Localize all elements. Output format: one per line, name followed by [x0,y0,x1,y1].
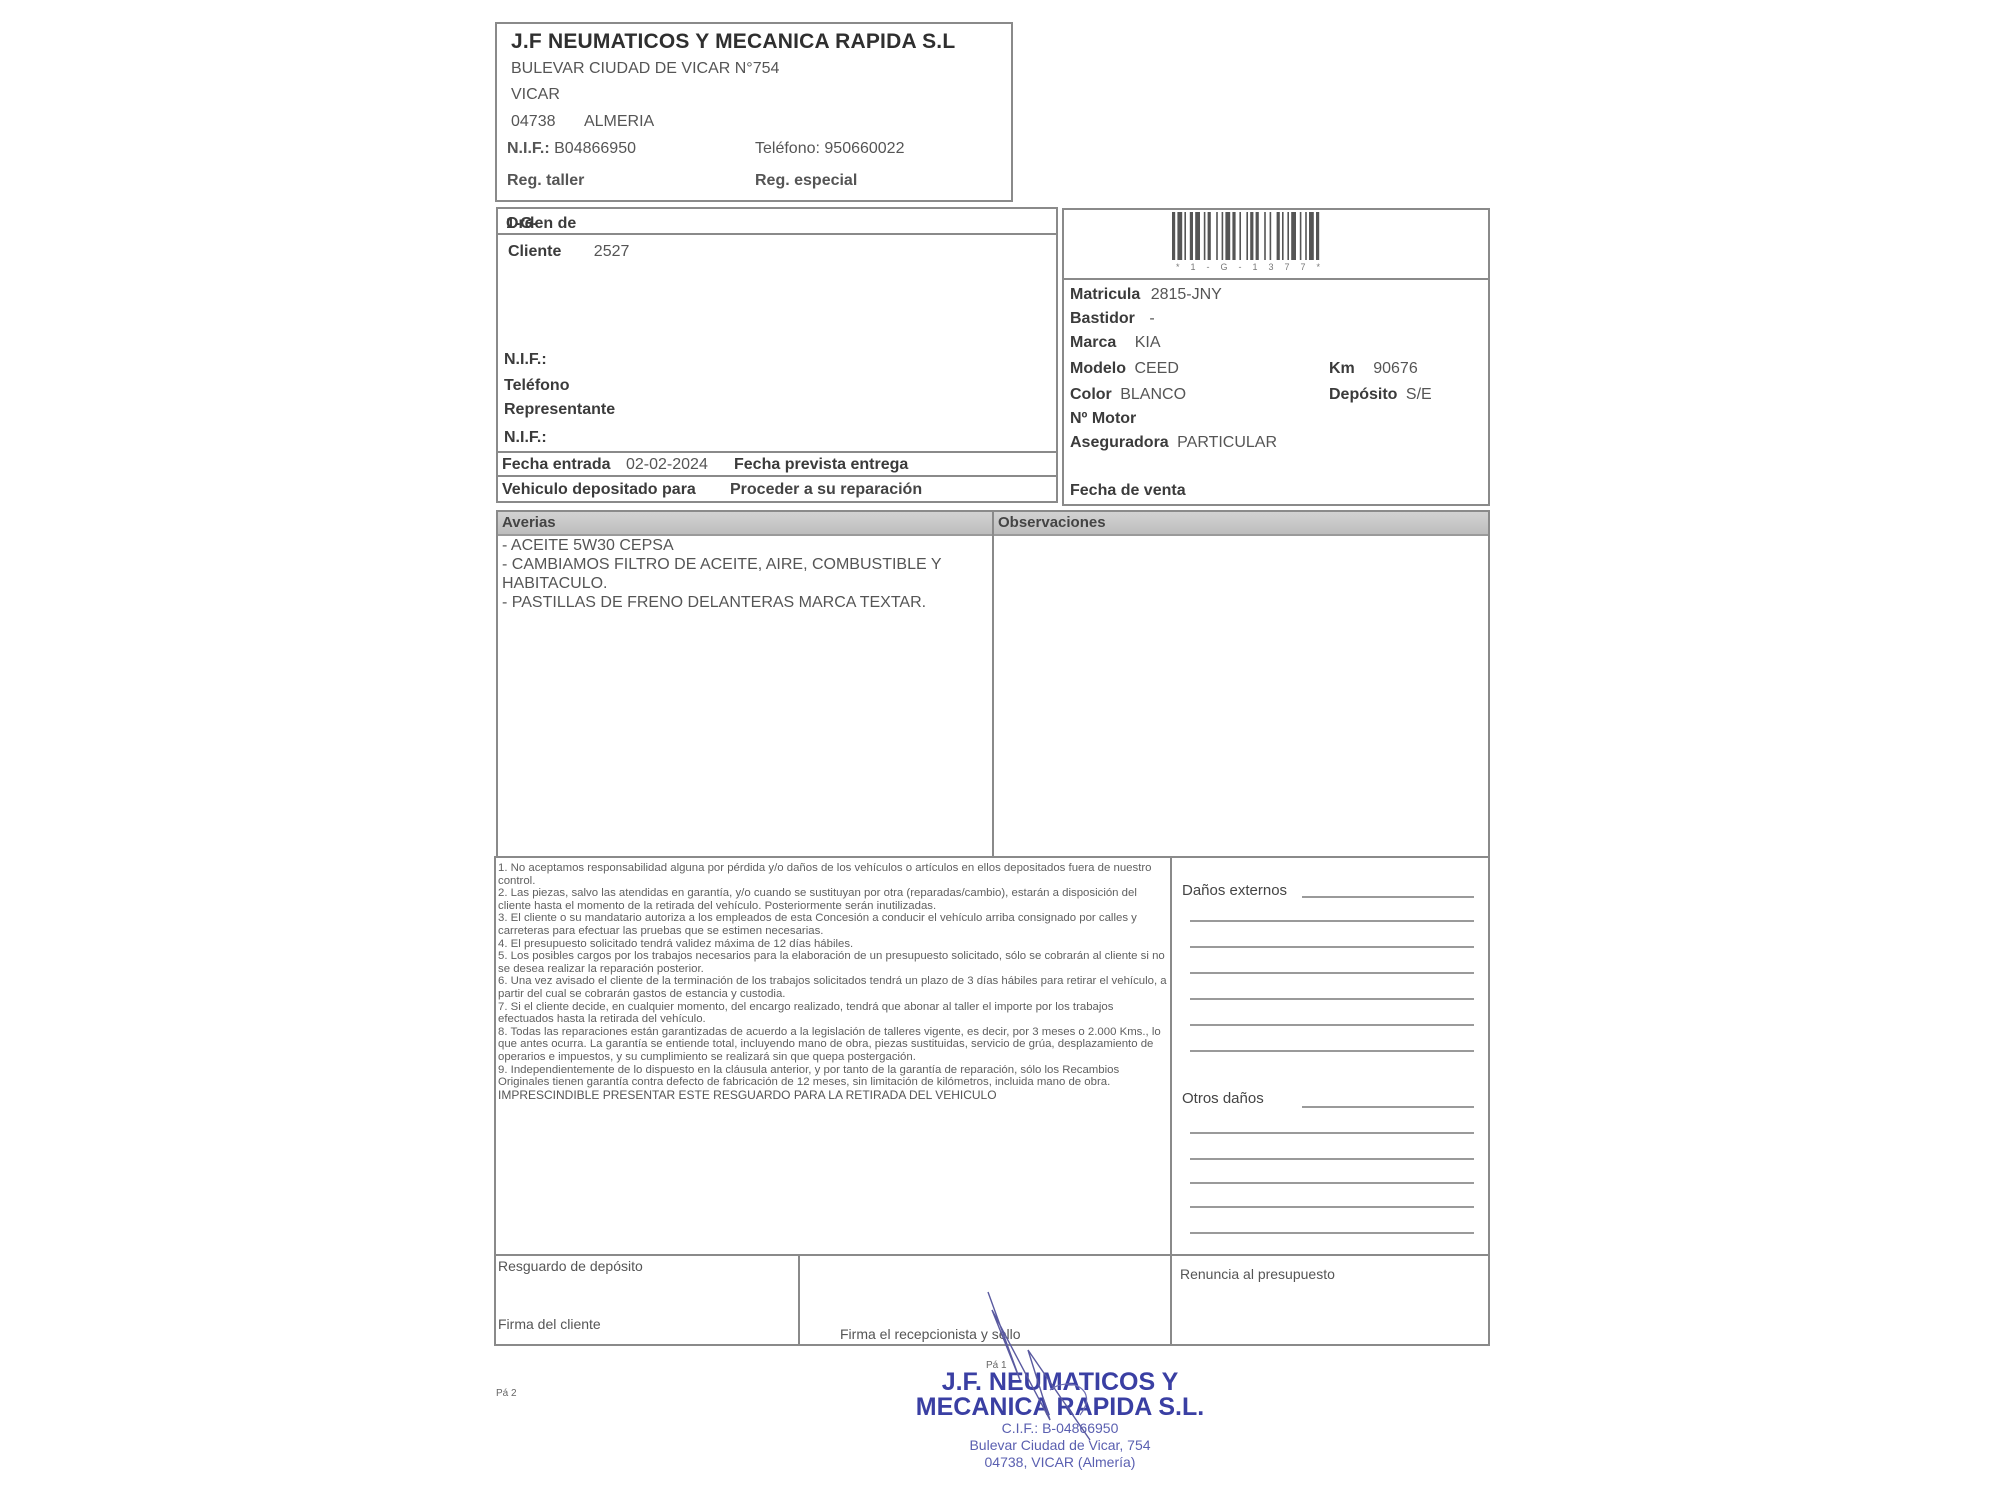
averia-item: - PASTILLAS DE FRENO DELANTERAS MARCA TE… [502,593,990,612]
important-notice: IMPRESCINDIBLE PRESENTAR ESTE RESGUARDO … [498,1089,1168,1102]
representante-nif-label: N.I.F.: [504,429,547,447]
company-postal-code: 04738 [511,113,556,130]
company-phone: 950660022 [824,140,904,157]
condition-item: 8. Todas las reparaciones están garantiz… [498,1026,1168,1064]
modelo-label: Modelo [1070,360,1126,377]
aseguradora-value: PARTICULAR [1177,434,1277,451]
deposito-row: Vehiculo depositado para Proceder a su r… [496,475,1058,503]
barcode-digits: *1-G-1377* [1176,262,1386,272]
condition-item: 7. Si el cliente decide, en cualquier mo… [498,1001,1168,1026]
client-nif-label: N.I.F.: [504,351,547,369]
observaciones-header: Observaciones [994,512,1488,536]
barcode-box: *1-G-1377* [1062,208,1490,280]
renuncia-label: Renuncia al presupuesto [1180,1266,1335,1282]
company-nif-label: N.I.F.: [507,140,550,157]
matricula-value: 2815-JNY [1151,286,1222,303]
vehicle-block: Matricula 2815-JNY Bastidor - Marca KIA … [1062,278,1490,506]
bastidor-label: Bastidor [1070,310,1135,327]
danos-line [1190,998,1474,1000]
resguardo-label: Resguardo de depósito [498,1258,643,1274]
danos-line [1190,1050,1474,1052]
reg-taller-label: Reg. taller [507,172,584,190]
condition-item: 4. El presupuesto solicitado tendrá vali… [498,938,1168,951]
danos-line [1190,1024,1474,1026]
client-phone-label: Teléfono [504,377,569,395]
condition-item: 5. Los posibles cargos por los trabajos … [498,950,1168,975]
marca-label: Marca [1070,334,1116,351]
modelo-row: Modelo CEED [1070,360,1179,378]
otros-line [1190,1182,1474,1184]
condition-item: 1. No aceptamos responsabilidad alguna p… [498,862,1168,887]
condition-item: 2. Las piezas, salvo las atendidas en ga… [498,887,1168,912]
company-address: BULEVAR CIUDAD DE VICAR N°754 [511,60,779,78]
observaciones-section: Observaciones [992,510,1490,858]
bastidor-value: - [1149,310,1154,327]
deposito-vehicle-row: Depósito S/E [1329,386,1432,404]
firma-cliente-label: Firma del cliente [498,1316,601,1332]
conditions-section: 1. No aceptamos responsabilidad alguna p… [494,856,1174,1256]
otros-line [1190,1206,1474,1208]
signature-icon [980,1290,1100,1450]
motor-label: Nº Motor [1070,410,1136,428]
resguardo-box: Resguardo de depósito Firma del cliente [494,1254,800,1346]
fecha-entrada-value: 02-02-2024 [626,456,708,474]
aseguradora-label: Aseguradora [1070,434,1169,451]
modelo-value: CEED [1134,360,1178,377]
color-row: Color BLANCO [1070,386,1186,404]
fecha-row: Fecha entrada 02-02-2024 Fecha prevista … [496,451,1058,477]
color-label: Color [1070,386,1112,403]
representante-label: Representante [504,401,615,419]
matricula-row: Matricula 2815-JNY [1070,286,1222,304]
cliente-value: 2527 [594,243,630,260]
company-header: J.F NEUMATICOS Y MECANICA RAPIDA S.L BUL… [495,22,1013,202]
averia-item: - CAMBIAMOS FILTRO DE ACEITE, AIRE, COMB… [502,555,990,593]
km-value: 90676 [1373,360,1418,377]
averias-title: Averias [502,514,556,531]
marca-value: KIA [1135,334,1161,351]
danos-line [1190,946,1474,948]
otros-line [1302,1106,1474,1108]
client-block: Cliente 2527 N.I.F.: Teléfono Representa… [496,233,1058,453]
condition-item: 9. Independientemente de lo dispuesto en… [498,1064,1168,1089]
condition-item: 6. Una vez avisado el cliente de la term… [498,975,1168,1000]
otros-line [1190,1158,1474,1160]
stamp-city: 04738, VICAR (Almería) [880,1454,1240,1471]
fecha-entrada-label: Fecha entrada [502,456,610,474]
company-phone-line: Teléfono: 950660022 [755,140,904,158]
marca-row: Marca KIA [1070,334,1161,352]
condition-item: 3. El cliente o su mandatario autoriza a… [498,912,1168,937]
fecha-venta-label: Fecha de venta [1070,482,1186,500]
depositado-label: Vehiculo depositado para [502,481,696,499]
fecha-prevista-label: Fecha prevista entrega [734,456,908,474]
company-name: J.F NEUMATICOS Y MECANICA RAPIDA S.L [511,30,955,54]
aseguradora-row: Aseguradora PARTICULAR [1070,434,1277,452]
client-row: Cliente 2527 [508,243,629,261]
observaciones-title: Observaciones [998,514,1106,531]
matricula-label: Matricula [1070,286,1140,303]
averias-list: - ACEITE 5W30 CEPSA - CAMBIAMOS FILTRO D… [502,536,990,612]
renuncia-box: Renuncia al presupuesto [1170,1254,1490,1346]
danos-section: Daños externos Otros daños [1170,856,1490,1256]
color-value: BLANCO [1120,386,1186,403]
page-mark-2: Pá 2 [496,1388,517,1399]
company-city: VICAR [511,86,560,104]
danos-externos-label: Daños externos [1182,882,1287,899]
deposito-value: S/E [1406,386,1432,403]
danos-line [1190,972,1474,974]
company-postal-line: 04738 ALMERIA [511,113,654,131]
bastidor-row: Bastidor - [1070,310,1155,328]
order-title-row: Orden de reparación y resguardo de depós… [496,207,1058,235]
otros-line [1190,1232,1474,1234]
company-nif: B04866950 [554,140,636,157]
km-label: Km [1329,360,1355,377]
otros-line [1190,1132,1474,1134]
averia-item: - ACEITE 5W30 CEPSA [502,536,990,555]
km-row: Km 90676 [1329,360,1418,378]
averias-section: Averias - ACEITE 5W30 CEPSA - CAMBIAMOS … [496,510,996,858]
cliente-label: Cliente [508,243,561,260]
averias-header: Averias [498,512,994,536]
company-phone-label: Teléfono: [755,140,820,157]
conditions-text: 1. No aceptamos responsabilidad alguna p… [498,862,1168,1101]
danos-line [1190,920,1474,922]
deposito-label: Depósito [1329,386,1397,403]
company-nif-line: N.I.F.: B04866950 [507,140,636,158]
reg-especial-label: Reg. especial [755,172,857,190]
company-province: ALMERIA [584,113,654,130]
otros-danos-label: Otros daños [1182,1090,1264,1107]
depositado-value: Proceder a su reparación [730,481,922,499]
danos-line [1302,896,1474,898]
